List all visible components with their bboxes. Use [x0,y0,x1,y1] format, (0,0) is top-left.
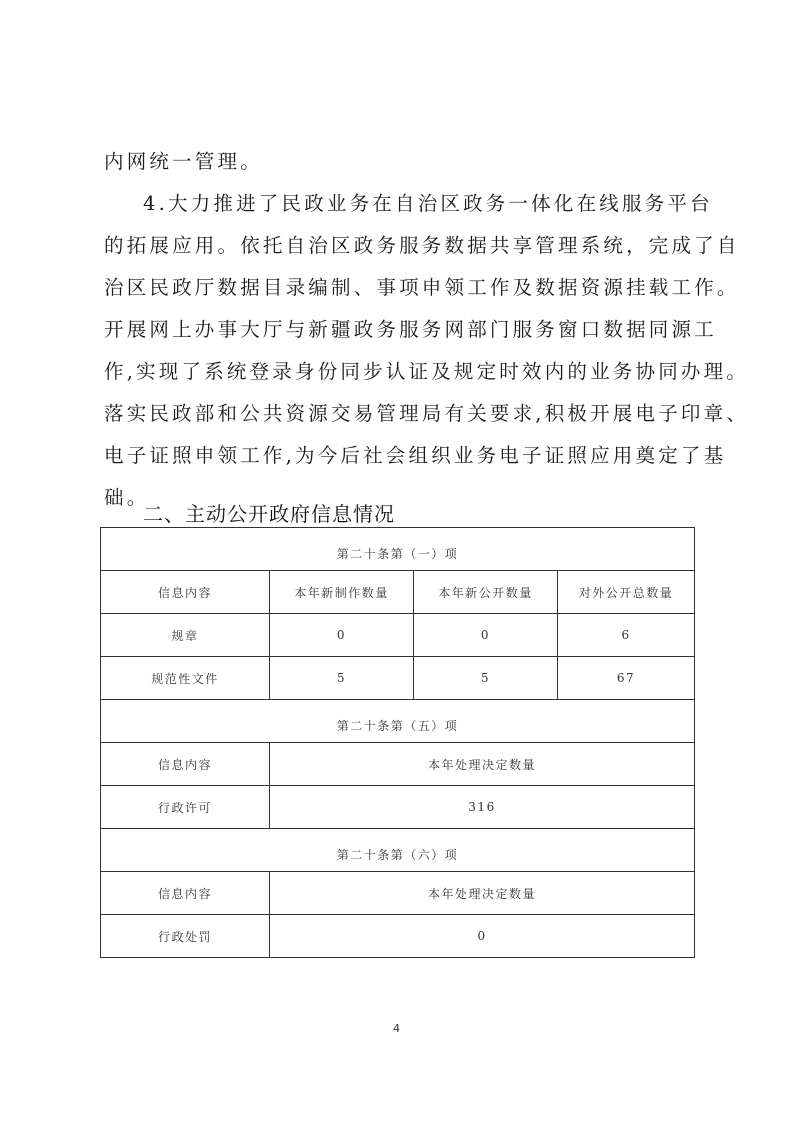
body-text-line: 作,实现了系统登录身份同步认证及规定时效内的业务协同办理。 [104,360,694,384]
column-header: 对外公开总数量 [558,571,695,614]
table-row: 行政处罚 0 [101,915,695,958]
section-heading: 二、主动公开政府信息情况 [143,498,395,527]
page-number: 4 [0,1022,793,1035]
document-page: 内网统一管理。 4.大力推进了民政业务在自治区政务一体化在线服务平台 的拓展应用… [0,0,793,1122]
table-cell: 0 [414,614,558,657]
table-cell: 0 [270,915,695,958]
table-cell: 行政处罚 [101,915,270,958]
body-text-line: 内网统一管理。 [104,150,694,174]
column-header: 信息内容 [101,571,270,614]
section-title: 第二十条第（一）项 [101,528,695,571]
table-row: 行政许可 316 [101,786,695,829]
info-disclosure-table: 第二十条第（一）项 信息内容 本年新制作数量 本年新公开数量 对外公开总数量 规… [100,527,695,958]
table-cell: 316 [270,786,695,829]
section-title: 第二十条第（五）项 [101,700,695,743]
body-text-line: 4.大力推进了民政业务在自治区政务一体化在线服务平台 [143,192,733,216]
table-header-row: 信息内容 本年处理决定数量 [101,872,695,915]
body-text-line: 的拓展应用。依托自治区政务服务数据共享管理系统，完成了自 [104,234,694,258]
table-cell: 0 [270,614,414,657]
table-header-row: 信息内容 本年处理决定数量 [101,743,695,786]
body-text-line: 落实民政部和公共资源交易管理局有关要求,积极开展电子印章、 [104,402,694,426]
table-section-title-row: 第二十条第（五）项 [101,700,695,743]
table-cell: 5 [270,657,414,700]
table-section-title-row: 第二十条第（六）项 [101,829,695,872]
body-text-line: 电子证照申领工作,为今后社会组织业务电子证照应用奠定了基 [104,444,694,468]
table-cell: 67 [558,657,695,700]
column-header: 本年新制作数量 [270,571,414,614]
table-header-row: 信息内容 本年新制作数量 本年新公开数量 对外公开总数量 [101,571,695,614]
column-header: 本年处理决定数量 [270,872,695,915]
table-cell: 规章 [101,614,270,657]
table-cell: 6 [558,614,695,657]
body-text-line: 开展网上办事大厅与新疆政务服务网部门服务窗口数据同源工 [104,318,694,342]
section-title: 第二十条第（六）项 [101,829,695,872]
body-text-line: 治区民政厅数据目录编制、事项申领工作及数据资源挂载工作。 [104,276,694,300]
table-row: 规范性文件 5 5 67 [101,657,695,700]
column-header: 本年新公开数量 [414,571,558,614]
table-cell: 规范性文件 [101,657,270,700]
table-section-title-row: 第二十条第（一）项 [101,528,695,571]
table-row: 规章 0 0 6 [101,614,695,657]
table-cell: 行政许可 [101,786,270,829]
column-header: 信息内容 [101,743,270,786]
column-header: 信息内容 [101,872,270,915]
column-header: 本年处理决定数量 [270,743,695,786]
table-cell: 5 [414,657,558,700]
